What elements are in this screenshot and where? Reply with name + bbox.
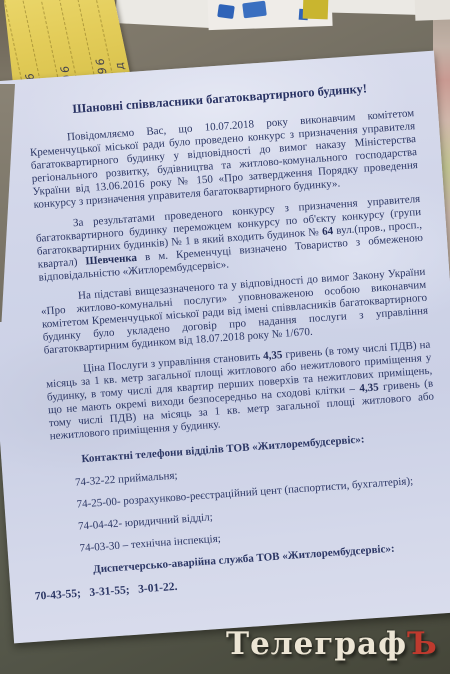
text-run-bold: 4,35	[359, 381, 379, 394]
notice-paragraph-4: Ціна Послуги з управління становить 4,35…	[45, 339, 436, 444]
watermark-text: Телеграф	[226, 626, 407, 662]
notice-document: Шановні співвласники багатоквартирного б…	[0, 51, 450, 644]
blue-ink-mark	[242, 1, 267, 19]
watermark-telegraf: ТелеграфЪ	[226, 626, 438, 662]
notice-content: Шановні співвласники багатоквартирного б…	[0, 51, 450, 644]
watermark-red-letter: Ъ	[407, 626, 438, 662]
torn-paper-strip	[415, 0, 450, 21]
text-run-bold: 4,35	[263, 349, 283, 362]
photo-scene: 096 Ал 096 А 096 Ад Шановні співвласники…	[0, 0, 450, 674]
text-run-bold: 64	[322, 225, 334, 238]
yellow-paper-tab	[303, 0, 329, 19]
blue-ink-mark	[217, 4, 235, 19]
